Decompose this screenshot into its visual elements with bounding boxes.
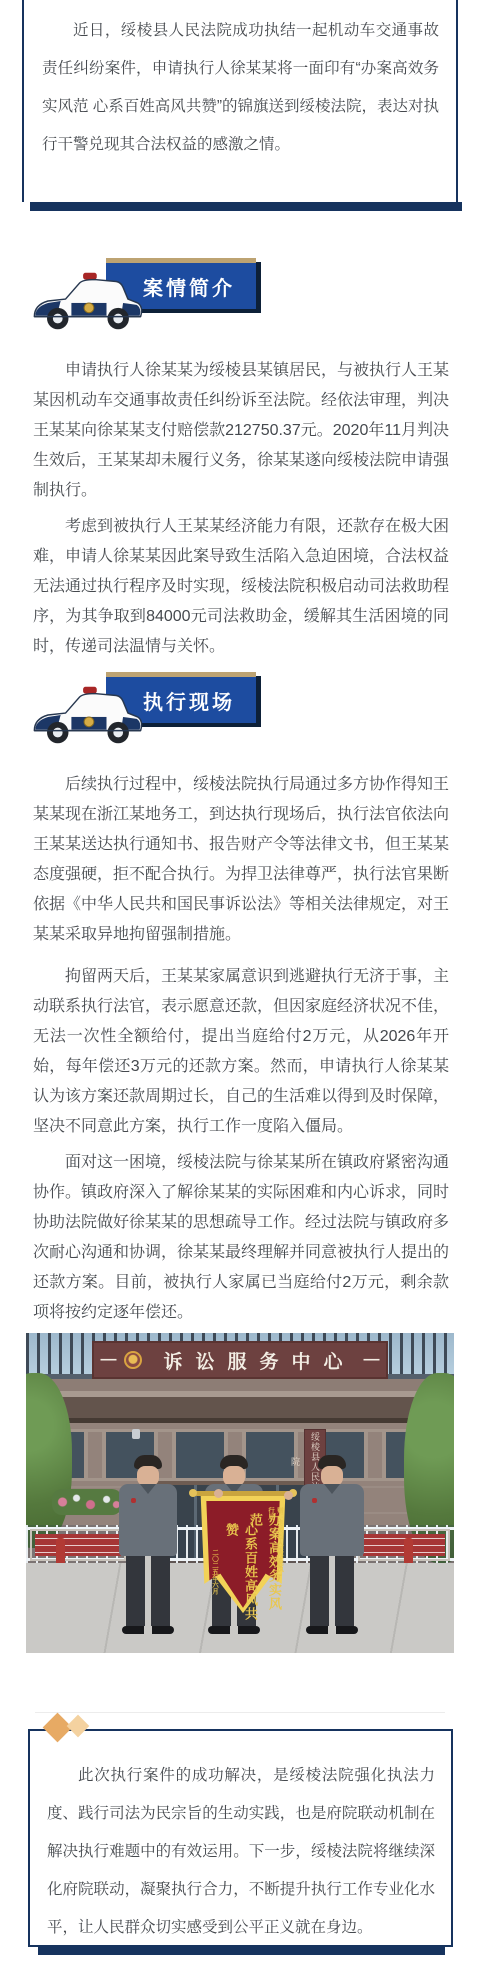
section-header-case-brief: 案情简介 — [28, 252, 273, 344]
paragraph-case-2: 考虑到被执行人王某某经济能力有限，还款存在极大困难，申请人徐某某因此案导致生活陷… — [33, 512, 449, 662]
court-photo[interactable]: 绥棱县人民法院 — 诉讼服务中心 — — [26, 1333, 454, 1653]
section-header-execution-scene: 执行现场 — [28, 666, 273, 758]
paragraph-case-1: 申请执行人徐某某为绥棱县某镇居民，与被执行人王某某因机动车交通事故责任纠纷诉至法… — [33, 356, 449, 506]
face — [137, 1466, 159, 1486]
court-officer-left — [116, 1455, 180, 1635]
paragraph-exec-3: 面对这一困境，绥棱法院与徐某某所在镇政府紧密沟通协作。镇政府深入了解徐某某的实际… — [33, 1148, 449, 1328]
intro-text: 近日，绥棱县人民法院成功执结一起机动车交通事故责任纠纷案件，申请执行人徐某某将一… — [24, 0, 456, 164]
article-page: 近日，绥棱县人民法院成功执结一起机动车交通事故责任纠纷案件，申请执行人徐某某将一… — [0, 0, 480, 1967]
shoes — [122, 1626, 174, 1634]
divider — [35, 1712, 445, 1713]
red-banner-board — [30, 1529, 126, 1561]
building-sign-text: 诉讼服务中心 — [150, 1347, 355, 1374]
trousers — [310, 1556, 354, 1626]
flower-bed — [52, 1489, 122, 1515]
hand — [284, 1491, 293, 1500]
building-cornice — [26, 1391, 454, 1423]
face — [223, 1466, 245, 1486]
shoes — [208, 1626, 260, 1634]
pennant-date: 二〇二五年六月 — [210, 1549, 219, 1605]
sign-dash: — — [100, 1351, 116, 1369]
paragraph-exec-2: 拘留两天后，王某某家属意识到逃避执行无济于事，主动联系执行法官，表示愿意还款，但… — [33, 962, 449, 1142]
court-officer-right — [298, 1455, 366, 1635]
intro-box: 近日，绥棱县人民法院成功执结一起机动车交通事故责任纠纷案件，申请执行人徐某某将一… — [22, 0, 458, 202]
shoes — [306, 1626, 358, 1634]
sign-dash: — — [364, 1351, 380, 1369]
trousers — [126, 1556, 170, 1626]
hand — [214, 1489, 223, 1498]
security-camera — [132, 1429, 140, 1439]
pennant-rod — [194, 1491, 292, 1496]
award-pennant: 赠：绥棱县人民法院执行局 办案高效务实风范 心系百姓高风共赞 二〇二五年六月 — [198, 1491, 288, 1621]
face — [321, 1466, 343, 1486]
uniform-shirt — [119, 1484, 177, 1556]
outro-box: 此次执行案件的成功解决，是绥棱法院强化执法力度、践行司法为民宗旨的生动实践，也是… — [28, 1729, 453, 1947]
police-car-icon — [28, 262, 146, 340]
pennant-line2: 心系百姓高风共赞 — [222, 1523, 260, 1623]
section-title: 案情简介 — [143, 272, 235, 301]
uniform-shirt — [300, 1484, 364, 1556]
court-emblem-icon — [124, 1351, 142, 1369]
police-car-icon — [28, 676, 146, 754]
section-title: 执行现场 — [143, 686, 235, 715]
paragraph-exec-1: 后续执行过程中，绥棱法院执行局通过多方协作得知王某某现在浙江某地务工，到达执行现… — [33, 770, 449, 950]
outro-text: 此次执行案件的成功解决，是绥棱法院强化执法力度、践行司法为民宗旨的生动实践，也是… — [30, 1731, 451, 1947]
building-sign: — 诉讼服务中心 — — [92, 1341, 388, 1379]
